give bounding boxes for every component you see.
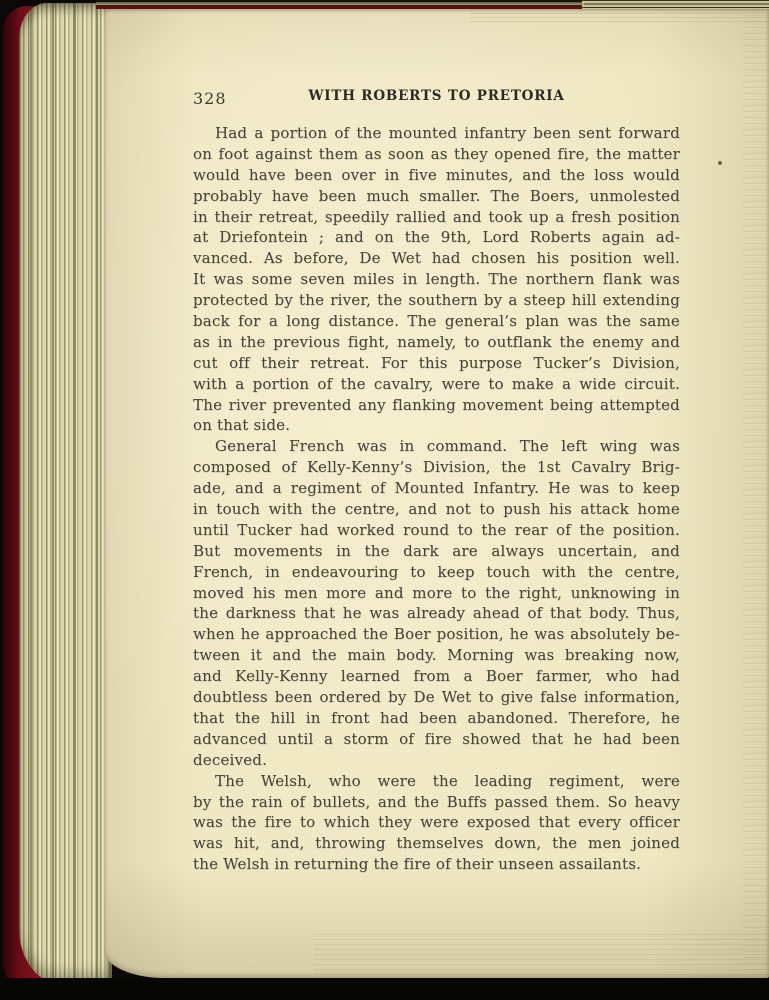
text-line: was the fire to which they were exposed … (193, 812, 680, 833)
book-scan: 328 WITH ROBERTS TO PRETORIA Had a porti… (0, 0, 769, 1000)
table-edge-highlight (265, 984, 765, 991)
text-line: the Welsh in returning the fire of their… (193, 854, 680, 875)
text-line: But movements in the dark are always unc… (193, 541, 680, 562)
foxing-speck (718, 161, 722, 165)
text-line: General French was in command. The left … (193, 436, 680, 457)
text-line: by the rain of bullets, and the Buffs pa… (193, 792, 680, 813)
text-line: on foot against them as soon as they ope… (193, 144, 680, 165)
text-line: French, in endeavouring to keep touch wi… (193, 562, 680, 583)
text-line: It was some seven miles in length. The n… (193, 269, 680, 290)
page-edge-stack (19, 3, 112, 983)
text-line: with a portion of the cavalry, were to m… (193, 374, 680, 395)
text-line: composed of Kelly-Kenny’s Division, the … (193, 457, 680, 478)
text-line: that the hill in front had been abandone… (193, 708, 680, 729)
text-line: The Welsh, who were the leading regiment… (193, 771, 680, 792)
text-column: 328 WITH ROBERTS TO PRETORIA Had a porti… (193, 88, 680, 875)
text-line: in their retreat, speedily rallied and t… (193, 207, 680, 228)
paragraph: The Welsh, who were the leading regiment… (193, 771, 680, 875)
bottom-page-edge-texture (314, 934, 769, 978)
top-page-edge-texture (470, 9, 769, 24)
text-line: when he approached the Boer position, he… (193, 624, 680, 645)
text-line: tween it and the main body. Morning was … (193, 645, 680, 666)
text-line: the darkness that he was already ahead o… (193, 603, 680, 624)
text-line: doubtless been ordered by De Wet to give… (193, 687, 680, 708)
page-number: 328 (193, 89, 227, 108)
text-line: until Tucker had worked round to the rea… (193, 520, 680, 541)
text-line: moved his men more and more to the right… (193, 583, 680, 604)
text-line: was hit, and, throwing themselves down, … (193, 833, 680, 854)
text-line: back for a long distance. The general’s … (193, 311, 680, 332)
text-line: on that side. (193, 415, 680, 436)
table-surface (0, 978, 769, 1000)
text-line: advanced until a storm of fire showed th… (193, 729, 680, 750)
text-line: cut off their retreat. For this purpose … (193, 353, 680, 374)
paragraph: General French was in command. The left … (193, 436, 680, 770)
text-line: ade, and a regiment of Mounted Infantry.… (193, 478, 680, 499)
text-line: vanced. As before, De Wet had chosen his… (193, 248, 680, 269)
text-line: The river prevented any flanking movemen… (193, 395, 680, 416)
running-title: WITH ROBERTS TO PRETORIA (193, 88, 680, 104)
text-line: probably have been much smaller. The Boe… (193, 186, 680, 207)
page-header: 328 WITH ROBERTS TO PRETORIA (193, 88, 680, 108)
right-page-edge-texture (743, 15, 769, 972)
text-line: would have been over in five minutes, an… (193, 165, 680, 186)
text-line: protected by the river, the southern by … (193, 290, 680, 311)
text-line: Had a portion of the mounted infantry be… (193, 123, 680, 144)
page-body: Had a portion of the mounted infantry be… (193, 123, 680, 875)
text-line: in touch with the centre, and not to pus… (193, 499, 680, 520)
text-line: deceived. (193, 750, 680, 771)
book-top-edge (96, 0, 584, 9)
paragraph: Had a portion of the mounted infantry be… (193, 123, 680, 436)
text-line: as in the previous fight, namely, to out… (193, 332, 680, 353)
book-page: 328 WITH ROBERTS TO PRETORIA Had a porti… (104, 9, 769, 978)
text-line: at Driefontein ; and on the 9th, Lord Ro… (193, 227, 680, 248)
text-line: and Kelly-Kenny learned from a Boer farm… (193, 666, 680, 687)
